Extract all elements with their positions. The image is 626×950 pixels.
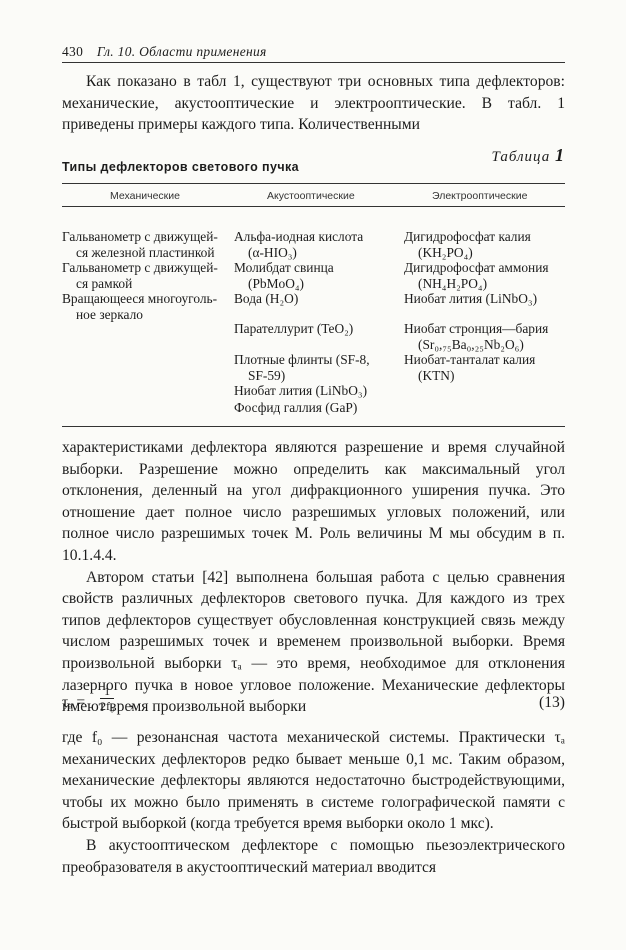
page-number: 430 <box>62 44 83 59</box>
table-cell: Плотные флинты (SF-8,SF-59) <box>234 352 404 383</box>
body-text: характеристиками дефлектора являются раз… <box>62 437 565 718</box>
header-rule <box>62 62 565 63</box>
table-number: 1 <box>555 145 565 165</box>
table-cell: Фосфид галлия (GaP) <box>234 400 404 416</box>
paragraph: где f₀ — резонансная частота механическо… <box>62 727 565 835</box>
table-cell: Дигидрофосфат аммония(NH₄H₂PO₄) <box>404 260 574 291</box>
equation-13: τₐ = 1 2f₀ , (13) <box>62 688 565 728</box>
table-cell: Альфа-иодная кислота(α-HIO₃) <box>234 229 404 260</box>
table-cell: Парателлурит (TeO₂) <box>234 321 404 337</box>
table-cell: Вращающееся многоуголь-ное зеркало <box>62 291 230 322</box>
table-bottom-rule <box>62 426 565 427</box>
equation-number: (13) <box>539 694 565 712</box>
table-cell: Ниобат лития (LiNbO₃) <box>404 291 574 307</box>
body-text: где f₀ — резонансная частота механическо… <box>62 727 565 878</box>
table-cell: Вода (H₂O) <box>234 291 404 307</box>
column-header-mechanical: Механические <box>110 190 180 202</box>
table-top-rule <box>62 183 565 184</box>
table-cell: Гальванометр с движущей-ся рамкой <box>62 260 230 291</box>
intro-text: Как показано в табл 1, существуют три ос… <box>62 71 565 136</box>
fraction: 1 2f₀ <box>100 684 114 713</box>
chapter-title: Гл. 10. Области применения <box>97 44 267 59</box>
table-cell: Ниобат лития (LiNbO₃) <box>234 383 404 399</box>
paragraph: Как показано в табл 1, существуют три ос… <box>62 71 565 136</box>
table-cell: Гальванометр с движущей-ся железной плас… <box>62 229 230 260</box>
paragraph: характеристиками дефлектора являются раз… <box>62 437 565 567</box>
running-head: 430 Гл. 10. Области применения <box>62 44 565 60</box>
table-cell: Молибдат свинца(PbMoO₄) <box>234 260 404 291</box>
table-cell: Ниобат стронция—бария(Sr₀,₇₅Ba₀,₂₅Nb₂O₆) <box>404 321 574 352</box>
equation-lhs: τₐ = <box>62 694 85 712</box>
table-title: Типы дефлекторов светового пучка <box>62 160 299 174</box>
table-cell: Ниобат-танталат калия(KTN) <box>404 352 574 383</box>
table-header-rule <box>62 206 565 207</box>
column-header-electrooptic: Электрооптические <box>432 190 527 202</box>
table-cell: Дигидрофосфат калия(KH₂PO₄) <box>404 229 574 260</box>
table-caption: Таблица 1 <box>492 145 565 166</box>
column-header-acoustooptic: Акустооптические <box>267 190 355 202</box>
paragraph: В акустооптическом дефлекторе с помощью … <box>62 835 565 878</box>
